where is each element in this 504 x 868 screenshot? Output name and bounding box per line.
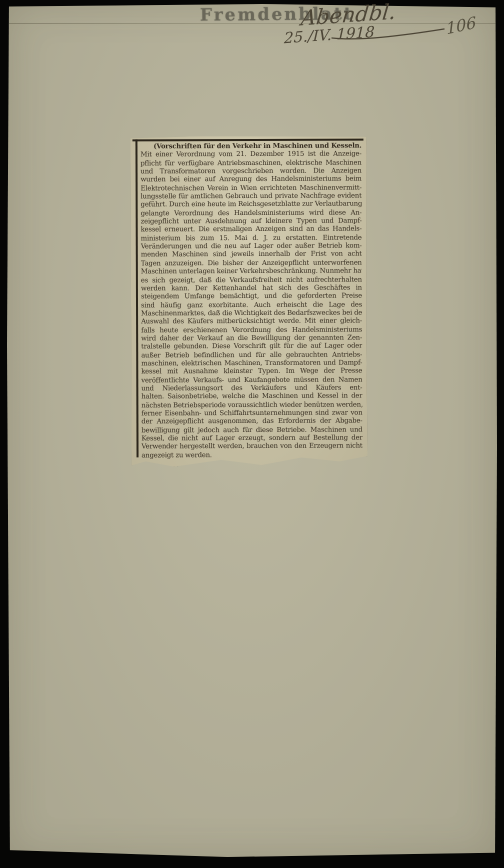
text-line: steigendem Umfange bemächtigt, und die g… <box>141 292 362 301</box>
text-line: tralstelle gebunden. Diese Vorschrift gi… <box>141 342 362 351</box>
text-line: Verwender hergestellt werden, brauchen v… <box>141 442 362 451</box>
text-line: Mit einer Verordnung vom 21. Dezember 19… <box>140 150 361 159</box>
text-line: halten. Saisonbetriebe, welche die Masch… <box>141 392 362 401</box>
text-line: kessel mit Ausnahme kleinster Typen. Im … <box>141 367 362 376</box>
clipping-left-rule <box>135 139 138 457</box>
clipping-article: (Vorschriften für den Verkehr in Maschin… <box>140 142 362 460</box>
text-line: Maschinen unterlagen keiner Verkehrsbesc… <box>141 267 362 276</box>
scan-background: Fremdenblatt Abendbl. 25./IV. 1918 106 (… <box>0 0 504 868</box>
news-clipping: (Vorschriften für den Verkehr in Maschin… <box>130 136 367 468</box>
text-line: Auswahl des Käufers mitberücksichtigt we… <box>141 317 362 326</box>
text-line: angezeigt zu werden. <box>142 450 363 459</box>
clipping-body: Mit einer Verordnung vom 21. Dezember 19… <box>140 150 362 459</box>
text-line: der Anzeigepflicht ausgenommen, das Erfo… <box>141 417 362 426</box>
